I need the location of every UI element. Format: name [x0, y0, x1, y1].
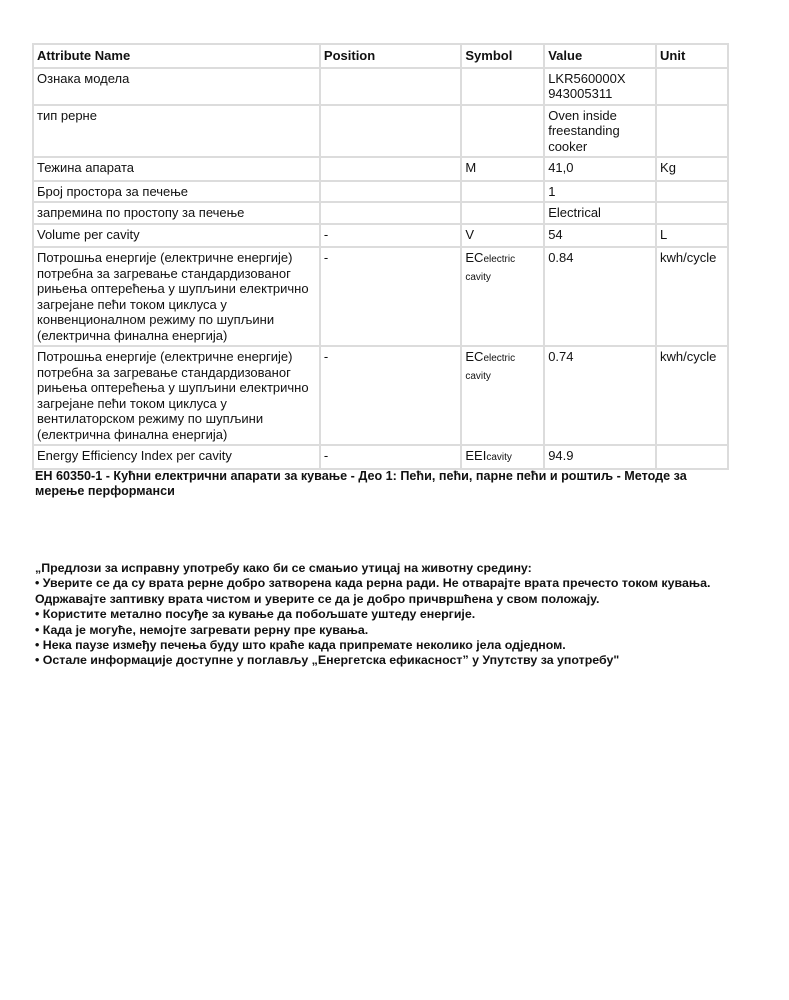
cell-attribute: запремина по простопу за печење	[33, 202, 320, 224]
symbol-main: V	[465, 227, 474, 242]
symbol-main: EC	[465, 250, 483, 265]
tip-item: • Нека паузе између печења буду што краћ…	[35, 638, 755, 653]
table-row: Потрошња енергије (електричне енергије) …	[33, 346, 728, 445]
cell-unit	[656, 445, 728, 469]
cell-value: 41,0	[544, 157, 656, 181]
energy-spec-table: Attribute Name Position Symbol Value Uni…	[32, 43, 729, 470]
cell-value: Oven inside freestanding cooker	[544, 105, 656, 158]
cell-value: 54	[544, 224, 656, 248]
cell-position	[320, 181, 461, 203]
environmental-tips: „Предлози за исправну употребу како би с…	[35, 561, 755, 669]
symbol-subscript: cavity	[486, 452, 512, 463]
table-row: Energy Efficiency Index per cavity-EEIca…	[33, 445, 728, 469]
cell-symbol: V	[461, 224, 544, 248]
table-row: Број простора за печење1	[33, 181, 728, 203]
table-row: запремина по простопу за печењеElectrica…	[33, 202, 728, 224]
cell-attribute: Број простора за печење	[33, 181, 320, 203]
cell-symbol: EEIcavity	[461, 445, 544, 469]
cell-position: -	[320, 445, 461, 469]
cell-unit: kwh/cycle	[656, 247, 728, 346]
table-header-row: Attribute Name Position Symbol Value Uni…	[33, 44, 728, 68]
cell-unit	[656, 181, 728, 203]
cell-unit	[656, 68, 728, 105]
standard-reference: ЕН 60350-1 - Кућни електрични апарати за…	[35, 469, 735, 499]
cell-value: Electrical	[544, 202, 656, 224]
cell-position: -	[320, 247, 461, 346]
cell-value: LKR560000X 943005311	[544, 68, 656, 105]
cell-position	[320, 68, 461, 105]
cell-value: 94.9	[544, 445, 656, 469]
tip-item: • Када је могуће, немојте загревати рерн…	[35, 623, 755, 638]
symbol-main: EC	[465, 349, 483, 364]
cell-symbol	[461, 68, 544, 105]
cell-symbol: M	[461, 157, 544, 181]
cell-unit: Kg	[656, 157, 728, 181]
cell-symbol: ECelectric cavity	[461, 247, 544, 346]
cell-position	[320, 202, 461, 224]
header-symbol: Symbol	[461, 44, 544, 68]
table-row: Volume per cavity-V54L	[33, 224, 728, 248]
cell-attribute: Тежина апарата	[33, 157, 320, 181]
cell-unit	[656, 202, 728, 224]
table-row: Ознака моделаLKR560000X 943005311	[33, 68, 728, 105]
cell-value: 0.84	[544, 247, 656, 346]
header-position: Position	[320, 44, 461, 68]
cell-position	[320, 105, 461, 158]
cell-attribute: Volume per cavity	[33, 224, 320, 248]
tip-item: • Користите метално посуђе за кување да …	[35, 607, 755, 622]
cell-value: 0.74	[544, 346, 656, 445]
header-value: Value	[544, 44, 656, 68]
cell-position	[320, 157, 461, 181]
table-row: Тежина апаратаM41,0Kg	[33, 157, 728, 181]
cell-attribute: Потрошња енергије (електричне енергије) …	[33, 247, 320, 346]
cell-position: -	[320, 346, 461, 445]
symbol-main: M	[465, 160, 476, 175]
table-row: тип рернеOven inside freestanding cooker	[33, 105, 728, 158]
cell-attribute: тип рерне	[33, 105, 320, 158]
cell-attribute: Потрошња енергије (електричне енергије) …	[33, 346, 320, 445]
tip-item: • Уверите се да су врата рерне добро зат…	[35, 576, 755, 607]
cell-attribute: Energy Efficiency Index per cavity	[33, 445, 320, 469]
header-attribute-name: Attribute Name	[33, 44, 320, 68]
tips-heading: „Предлози за исправну употребу како би с…	[35, 561, 755, 576]
symbol-main: EEI	[465, 448, 486, 463]
tip-item: • Остале информације доступне у поглављу…	[35, 653, 755, 668]
header-unit: Unit	[656, 44, 728, 68]
cell-symbol	[461, 105, 544, 158]
cell-position: -	[320, 224, 461, 248]
cell-symbol	[461, 202, 544, 224]
table-row: Потрошња енергије (електричне енергије) …	[33, 247, 728, 346]
cell-attribute: Ознака модела	[33, 68, 320, 105]
cell-value: 1	[544, 181, 656, 203]
cell-symbol: ECelectric cavity	[461, 346, 544, 445]
cell-unit	[656, 105, 728, 158]
cell-symbol	[461, 181, 544, 203]
cell-unit: kwh/cycle	[656, 346, 728, 445]
table-body: Ознака моделаLKR560000X 943005311тип рер…	[33, 68, 728, 469]
cell-unit: L	[656, 224, 728, 248]
